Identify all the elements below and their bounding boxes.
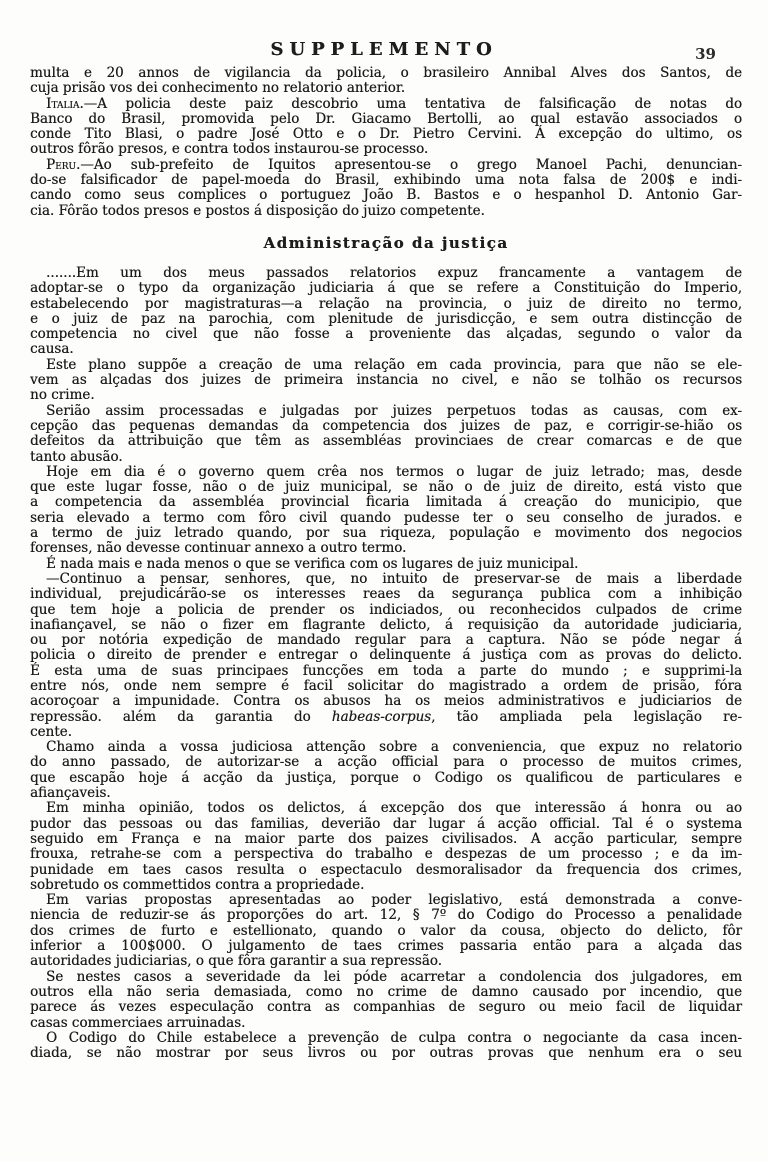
page-title: SUPPLEMENTO <box>0 40 768 60</box>
text-line: que tem hoje a policia de prender os ind… <box>30 603 742 618</box>
text-line: É esta uma de suas principaes funcções e… <box>30 664 742 679</box>
text-line: Serião assim processadas e julgadas por … <box>30 404 742 419</box>
text-line: entre nós, onde nem sempre é facil solic… <box>30 679 742 694</box>
text-line: do-se falsificador de papel-moeda do Bra… <box>30 173 742 188</box>
text-line: punidade em taes casos resulta o especta… <box>30 863 742 878</box>
text-line: que escapão hoje á acção da justiça, por… <box>30 771 742 786</box>
text-line: tanto abusão. <box>30 450 742 465</box>
text-line: no crime. <box>30 388 742 403</box>
text-line: forenses, não devesse continuar annexo a… <box>30 541 742 556</box>
text-line: Em varias propostas apresentadas ao pode… <box>30 893 742 908</box>
text-line: acoroçoar a impunidade. Contra os abusos… <box>30 694 742 709</box>
text-line: É nada mais e nada menos o que se verifi… <box>30 557 742 572</box>
text-line: repressão. além da garantia do habeas-co… <box>30 710 742 725</box>
text-line: diada, se não mostrar por seus livros ou… <box>30 1046 742 1061</box>
page-number: 39 <box>695 45 716 63</box>
text-line: afiançaveis. <box>30 786 742 801</box>
text-line: niencia de reduzir-se ás proporções do a… <box>30 908 742 923</box>
text-line: estabelecendo por magistraturas—a relaçã… <box>30 297 742 312</box>
text-line: sobretudo os commettidos contra a propri… <box>30 878 742 893</box>
text-line: seria elevado a termo com fôro civil qua… <box>30 511 742 526</box>
page-header: SUPPLEMENTO 39 <box>0 40 768 66</box>
text-line: Italia.—A policia deste paiz descobrio u… <box>30 97 742 112</box>
text-line: a competencia da assembléa provincial fi… <box>30 495 742 510</box>
text-line: competencia no civel que não fosse a pro… <box>30 327 742 342</box>
document-body: multa e 20 annos de vigilancia da polici… <box>30 66 742 1061</box>
text-line: O Codigo do Chile estabelece a prevenção… <box>30 1031 742 1046</box>
text-line: Hoje em dia é o governo quem crêa nos te… <box>30 465 742 480</box>
text-line: adoptar-se o typo da organização judicia… <box>30 281 742 296</box>
scanned-document-page: SUPPLEMENTO 39 multa e 20 annos de vigil… <box>0 0 768 1161</box>
text-line: parece ás vezes especulação contra as co… <box>30 1000 742 1015</box>
text-line: dos crimes de furto e estellionato, quan… <box>30 924 742 939</box>
text-line: e o juiz de paz na parochia, com plenitu… <box>30 312 742 327</box>
text-line: outros ella não seria demasiada, como no… <box>30 985 742 1000</box>
text-line: inferior a 100$000. O julgamento de taes… <box>30 939 742 954</box>
text-line: pudor das pessoas ou das familias, dever… <box>30 817 742 832</box>
text-line: Chamo ainda a vossa judiciosa attenção s… <box>30 740 742 755</box>
text-line: frouxa, retrahe-se com a perspectiva do … <box>30 847 742 862</box>
text-line: cuja prisão vos dei conhecimento no rela… <box>30 81 742 96</box>
text-line: policia o direito de prender e entregar … <box>30 648 742 663</box>
text-line: autoridades judiciarias, o que fôra gara… <box>30 954 742 969</box>
text-line: Em minha opinião, todos os delictos, á e… <box>30 801 742 816</box>
section-heading: Administração da justiça <box>30 233 742 253</box>
text-line: defeitos da attribuição que têm as assem… <box>30 434 742 449</box>
text-line: causa. <box>30 342 742 357</box>
text-line: Banco do Brasil, promovida pelo Dr. Giac… <box>30 112 742 127</box>
text-line: inafiançavel, se não o fizer em flagrant… <box>30 618 742 633</box>
text-line: seguido em França e na maior parte dos p… <box>30 832 742 847</box>
text-line: multa e 20 annos de vigilancia da polici… <box>30 66 742 81</box>
text-line: cia. Fôrão todos presos e postos á dispo… <box>30 204 742 219</box>
text-line: Este plano suppõe a creação de uma relaç… <box>30 358 742 373</box>
text-line: vem as alçadas dos juizes de primeira in… <box>30 373 742 388</box>
text-line: Peru.—Ao sub-prefeito de Iquitos apresen… <box>30 158 742 173</box>
text-line: outros fôrão presos, e contra todos inst… <box>30 142 742 157</box>
text-line: —Continuo a pensar, senhores, que, no in… <box>30 572 742 587</box>
text-line: ou por notória expedição de mandado regu… <box>30 633 742 648</box>
text-line: individual, prejudicárão-se os interesse… <box>30 587 742 602</box>
text-line: cepção das pequenas demandas da competen… <box>30 419 742 434</box>
text-line: .......Em um dos meus passados relatorio… <box>30 266 742 281</box>
text-line: do anno passado, de autorizar-se a acção… <box>30 755 742 770</box>
text-line: cente. <box>30 725 742 740</box>
text-line: casas commerciaes arruinadas. <box>30 1016 742 1031</box>
text-line: Se nestes casos a severidade da lei póde… <box>30 970 742 985</box>
text-line: conde Tito Blasi, o padre José Otto e o … <box>30 127 742 142</box>
text-line: a termo de juiz letrado quando, por sua … <box>30 526 742 541</box>
text-line: que este lugar fosse, não o de juiz muni… <box>30 480 742 495</box>
text-line: cando como seus complices o portuguez Jo… <box>30 188 742 203</box>
